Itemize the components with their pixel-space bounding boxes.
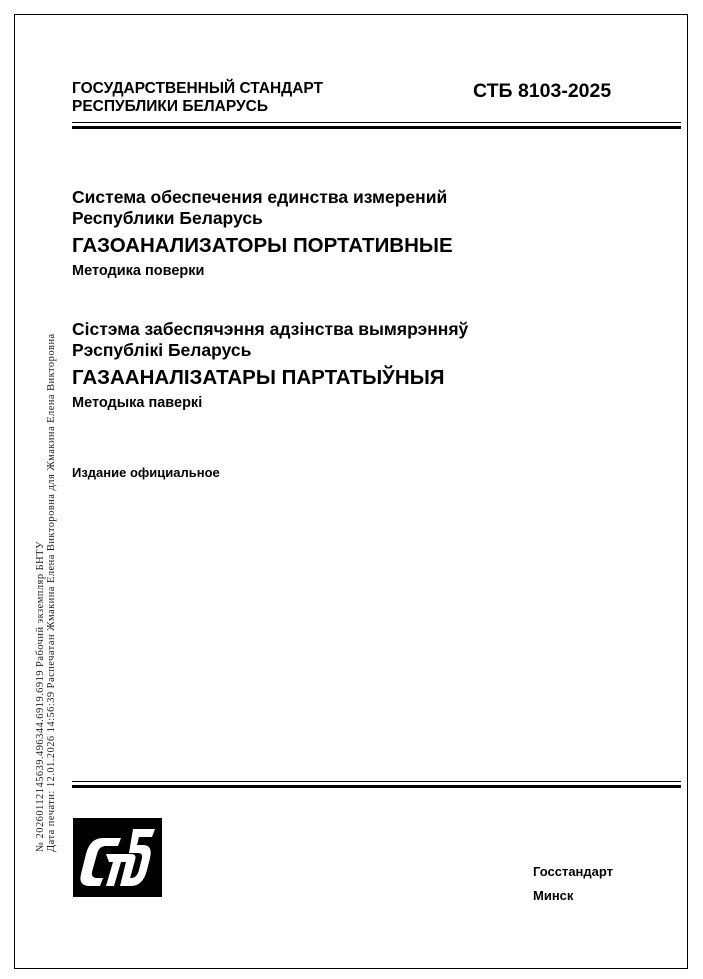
title-by-sub: Методыка паверкі <box>72 394 468 412</box>
edition-label: Издание официальное <box>72 465 220 481</box>
title-ru-main: ГАЗОАНАЛИЗАТОРЫ ПОРТАТИВНЫЕ <box>72 234 453 258</box>
title-by-line2: Рэспублікі Беларусь <box>72 340 468 361</box>
title-block-by: Сістэма забеспячэння адзінства вымярэння… <box>72 319 468 412</box>
footer-rule-thin <box>72 781 681 782</box>
stb-logo-icon <box>73 818 162 897</box>
stb-logo <box>73 818 162 897</box>
print-stamp: № 20260112145639.496344.6919.6919 Рабочи… <box>35 333 57 852</box>
standard-number: СТБ 8103-2025 <box>473 80 611 102</box>
title-ru-line1: Система обеспечения единства измерений <box>72 187 453 208</box>
print-stamp-line1: № 20260112145639.496344.6919.6919 Рабочи… <box>35 333 46 852</box>
title-by-main: ГАЗААНАЛІЗАТАРЫ ПАРТАТЫЎНЫЯ <box>72 366 468 390</box>
standard-type-line1: ГОСУДАРСТВЕННЫЙ СТАНДАРТ <box>72 80 323 98</box>
header-rule-thick <box>72 126 681 129</box>
publisher-city: Минск <box>533 888 573 904</box>
title-block-ru: Система обеспечения единства измерений Р… <box>72 187 453 280</box>
title-ru-line2: Республики Беларусь <box>72 208 453 229</box>
footer-rule-thick <box>72 785 681 788</box>
title-by-line1: Сістэма забеспячэння адзінства вымярэння… <box>72 319 468 340</box>
standard-type-line2: РЕСПУБЛИКИ БЕЛАРУСЬ <box>72 98 323 116</box>
title-ru-sub: Методика поверки <box>72 262 453 280</box>
publisher-name: Госстандарт <box>533 864 613 880</box>
print-stamp-line2: Дата печати: 12.01.2026 14:56:39 Распеча… <box>46 333 57 852</box>
standard-type-heading: ГОСУДАРСТВЕННЫЙ СТАНДАРТ РЕСПУБЛИКИ БЕЛА… <box>72 80 323 116</box>
header-rule-thin <box>72 122 681 123</box>
